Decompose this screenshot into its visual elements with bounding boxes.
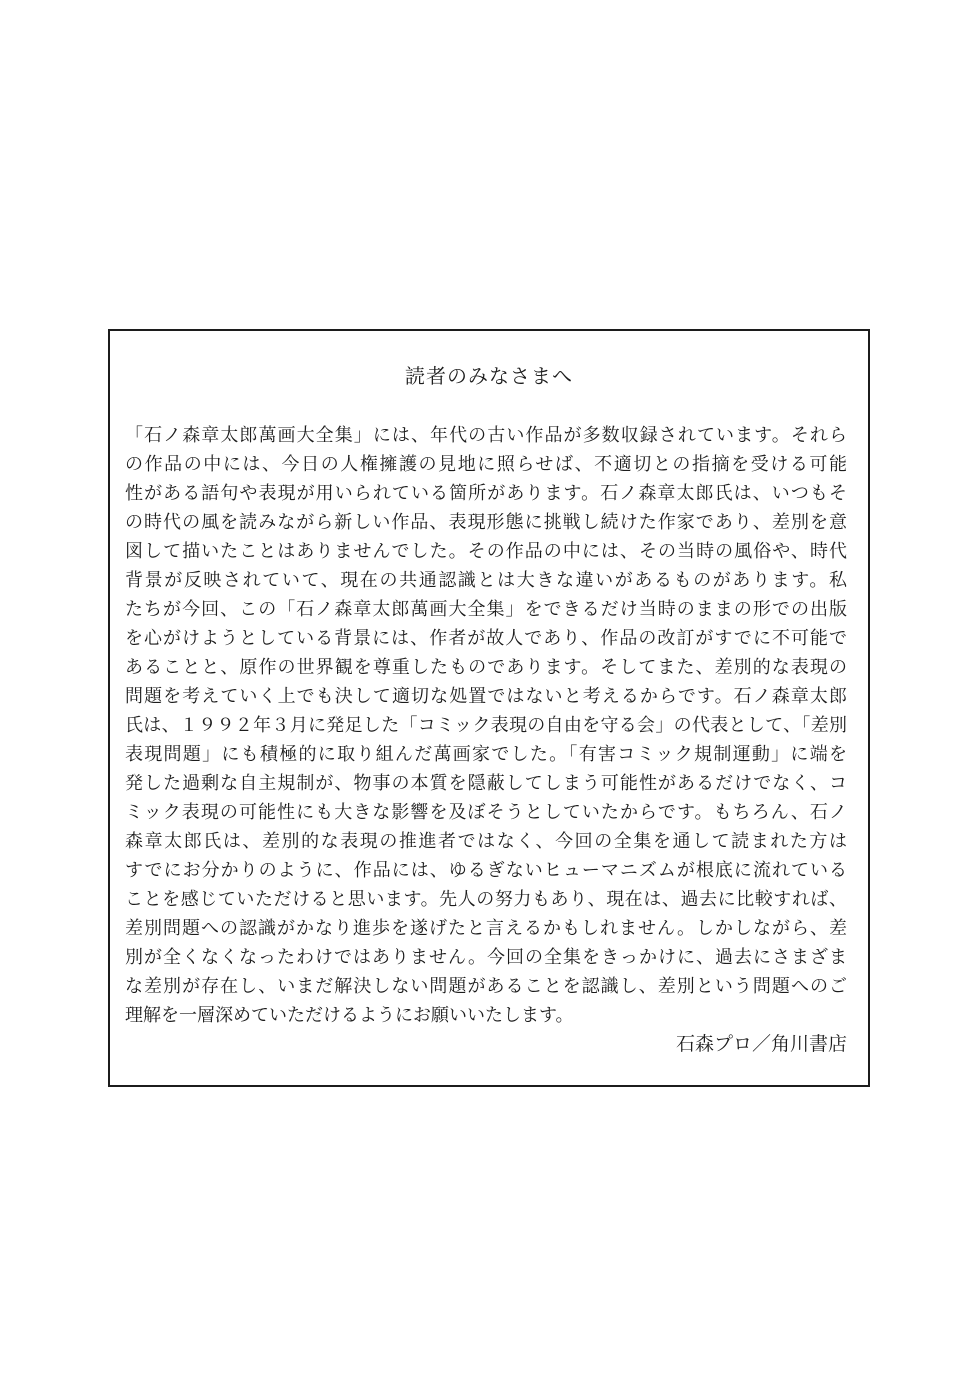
body-line: な差別が存在し、いまだ解決しない問題があることを認識し、差別という問題へのご [125, 972, 847, 1001]
body-line: 問題を考えていく上でも決して適切な処置ではないと考えるからです。石ノ森章太郎 [125, 682, 847, 711]
body-line: 性がある語句や表現が用いられている箇所があります。石ノ森章太郎氏は、いつもそ [125, 479, 847, 508]
body-line: 差別問題への認識がかなり進歩を遂げたと言えるかもしれません。しかしながら、差 [125, 914, 847, 943]
body-line: 別が全くなくなったわけではありません。今回の全集をきっかけに、過去にさまざま [125, 943, 847, 972]
body-line: 図して描いたことはありませんでした。その作品の中には、その当時の風俗や、時代 [125, 537, 847, 566]
body-line: 理解を一層深めていただけるようにお願いいたします。 [125, 1001, 847, 1030]
body-line: の時代の風を読みながら新しい作品、表現形態に挑戦し続けた作家であり、差別を意 [125, 508, 847, 537]
notice-title: 読者のみなさまへ [110, 363, 868, 391]
body-line: ミック表現の可能性にも大きな影響を及ぼそうとしていたからです。もちろん、石ノ [125, 798, 847, 827]
body-line: 氏は、１９９２年３月に発足した「コミック表現の自由を守る会」の代表として、「差別 [125, 711, 847, 740]
body-line: あることと、原作の世界観を尊重したものであります。そしてまた、差別的な表現の [125, 653, 847, 682]
body-line: 表現問題」にも積極的に取り組んだ萬画家でした。「有害コミック規制運動」に端を [125, 740, 847, 769]
body-line: 森章太郎氏は、差別的な表現の推進者ではなく、今回の全集を通して読まれた方は [125, 827, 847, 856]
body-line: を心がけようとしている背景には、作者が故人であり、作品の改訂がすでに不可能で [125, 624, 847, 653]
page: { "page": { "background_color": "#ffffff… [0, 0, 977, 1400]
body-line: 背景が反映されていて、現在の共通認識とは大きな違いがあるものがあります。私 [125, 566, 847, 595]
body-line: ことを感じていただけると思います。先人の努力もあり、現在は、過去に比較すれば、 [125, 885, 847, 914]
notice-body: 「石ノ森章太郎萬画大全集」には、年代の古い作品が多数収録されています。それらの作… [125, 421, 847, 1030]
body-line: の作品の中には、今日の人権擁護の見地に照らせば、不適切との指摘を受ける可能 [125, 450, 847, 479]
body-line: たちが今回、この「石ノ森章太郎萬画大全集」をできるだけ当時のままの形での出版 [125, 595, 847, 624]
notice-signature: 石森プロ／角川書店 [125, 1030, 847, 1059]
body-line: 「石ノ森章太郎萬画大全集」には、年代の古い作品が多数収録されています。それら [125, 421, 847, 450]
body-line: すでにお分かりのように、作品には、ゆるぎないヒューマニズムが根底に流れている [125, 856, 847, 885]
body-line: 発した過剰な自主規制が、物事の本質を隠蔽してしまう可能性があるだけでなく、コ [125, 769, 847, 798]
reader-notice-box: 読者のみなさまへ 「石ノ森章太郎萬画大全集」には、年代の古い作品が多数収録されて… [108, 329, 870, 1087]
